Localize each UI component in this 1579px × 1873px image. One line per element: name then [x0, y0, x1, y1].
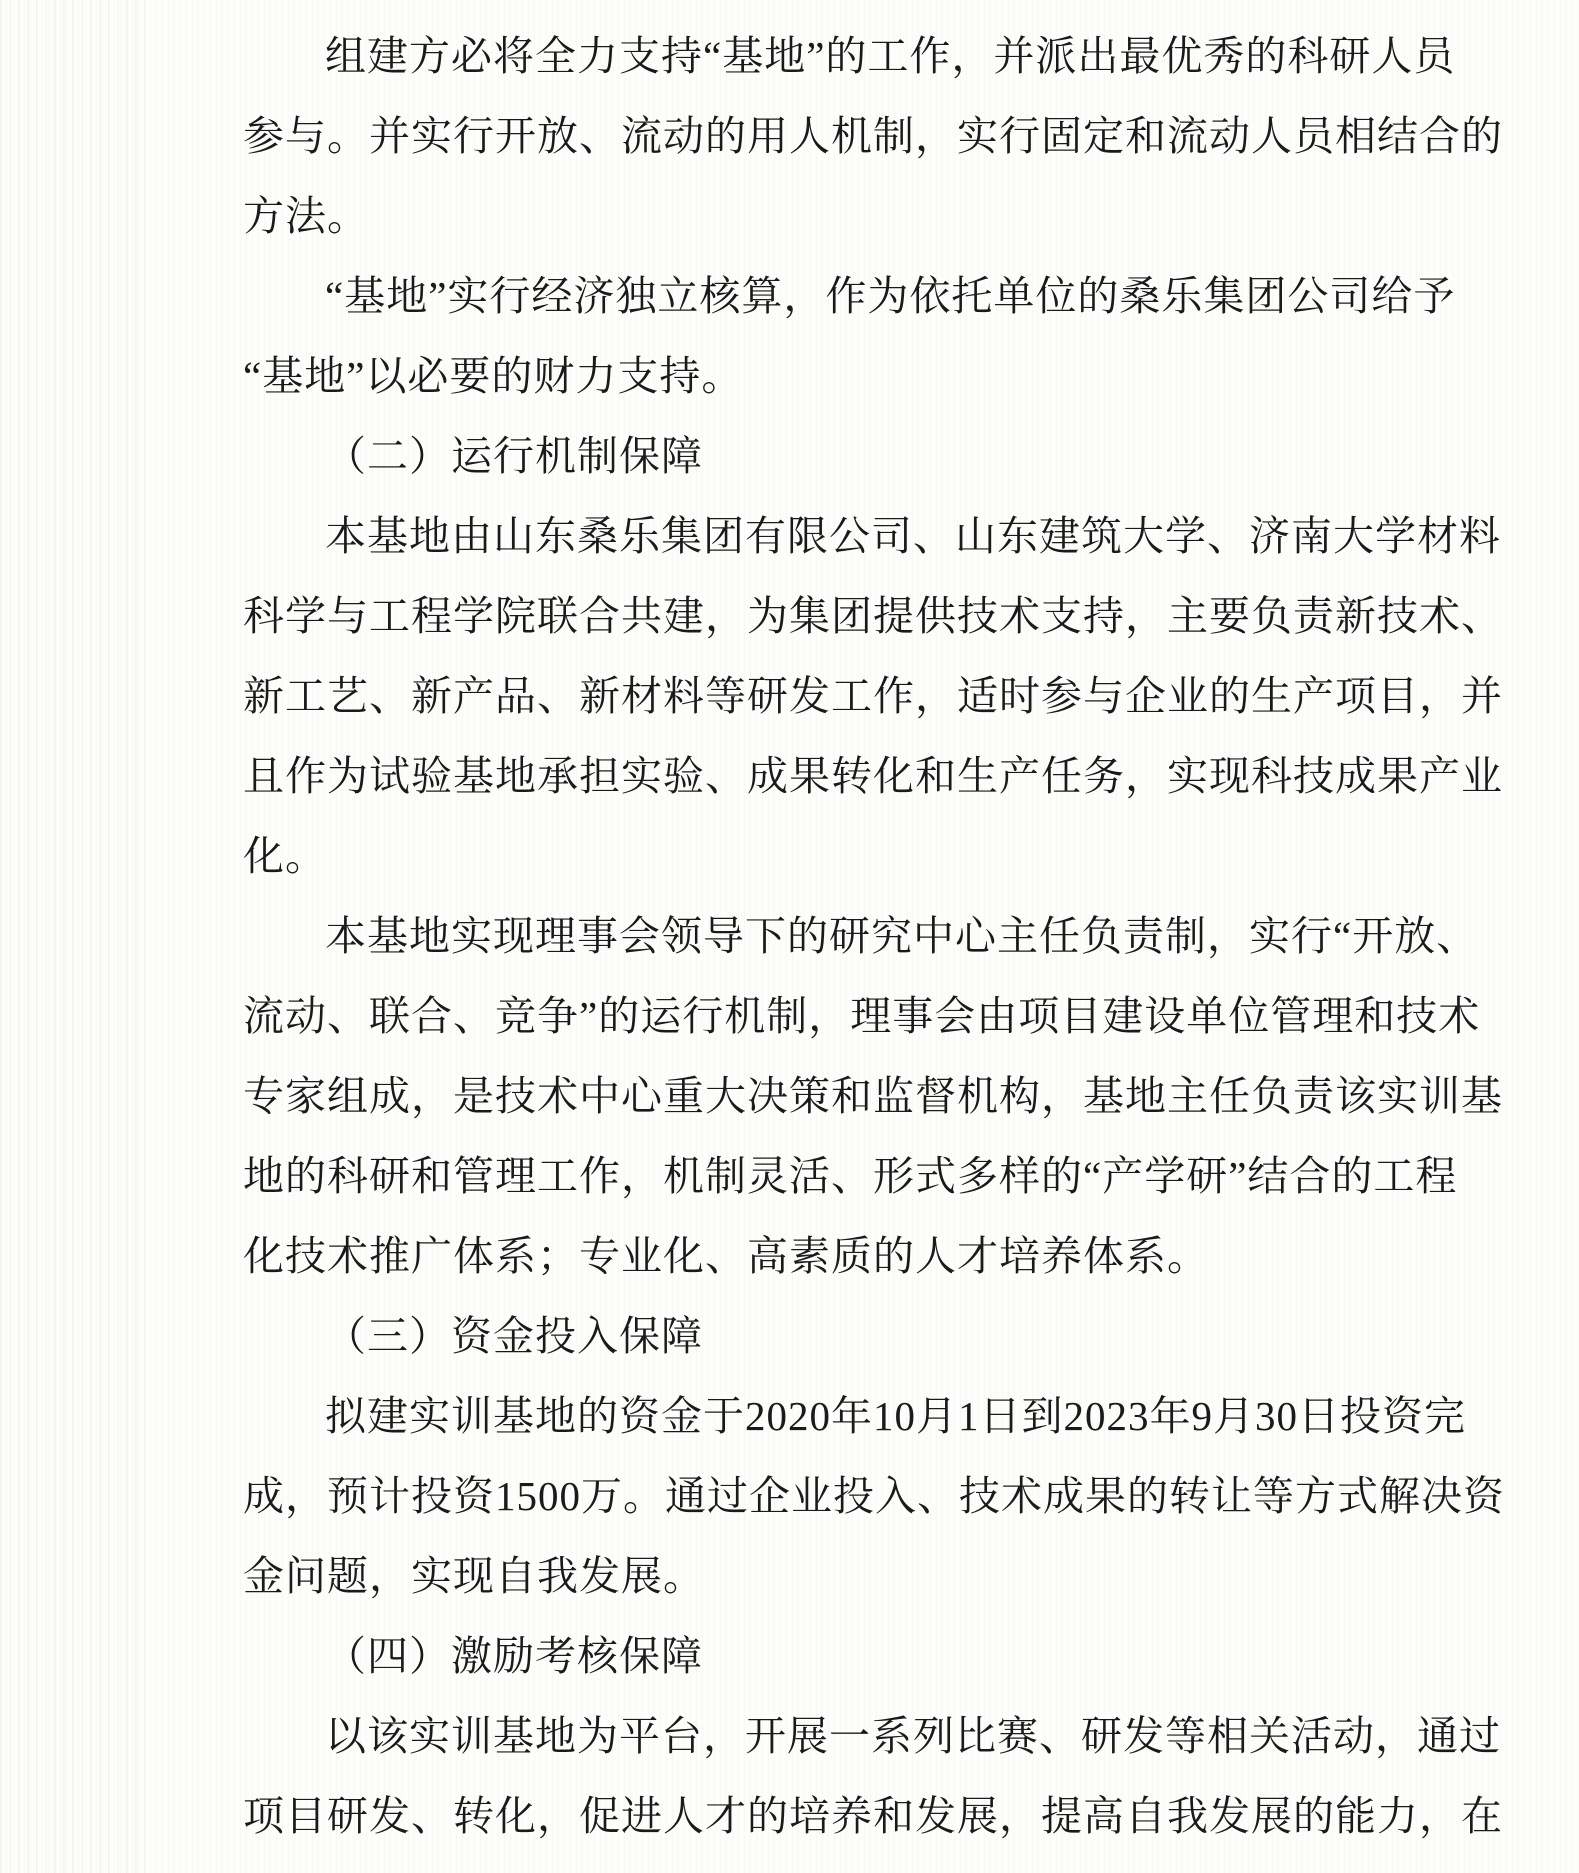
text-line: 且作为试验基地承担实验、成果转化和生产任务，实现科技成果产业: [243, 736, 1403, 816]
text-line: 方法。: [243, 176, 1403, 256]
text-line: 化。: [243, 816, 1403, 896]
section-heading: （四）激励考核保障: [243, 1616, 1403, 1696]
text-line: 参与。并实行开放、流动的用人机制，实行固定和流动人员相结合的: [243, 96, 1403, 176]
document-page: 组建方必将全力支持“基地”的工作，并派出最优秀的科研人员 参与。并实行开放、流动…: [0, 0, 1579, 1873]
text-line: 本基地由山东桑乐集团有限公司、山东建筑大学、济南大学材料: [243, 496, 1403, 576]
text-line: “基地”以必要的财力支持。: [243, 336, 1403, 416]
document-text-block: 组建方必将全力支持“基地”的工作，并派出最优秀的科研人员 参与。并实行开放、流动…: [243, 16, 1403, 1856]
section-heading: （二）运行机制保障: [243, 416, 1403, 496]
text-line: 组建方必将全力支持“基地”的工作，并派出最优秀的科研人员: [243, 16, 1403, 96]
section-heading: （三）资金投入保障: [243, 1296, 1403, 1376]
text-line: 地的科研和管理工作，机制灵活、形式多样的“产学研”结合的工程: [243, 1136, 1403, 1216]
text-line: 化技术推广体系；专业化、高素质的人才培养体系。: [243, 1216, 1403, 1296]
scan-left-edge-artifact: [0, 0, 150, 1873]
text-line: 金问题，实现自我发展。: [243, 1536, 1403, 1616]
text-line: 科学与工程学院联合共建，为集团提供技术支持，主要负责新技术、: [243, 576, 1403, 656]
text-line: 专家组成，是技术中心重大决策和监督机构，基地主任负责该实训基: [243, 1056, 1403, 1136]
text-line: 项目研发、转化，促进人才的培养和发展，提高自我发展的能力，在: [243, 1776, 1403, 1856]
text-line: 拟建实训基地的资金于2020年10月1日到2023年9月30日投资完: [243, 1376, 1403, 1456]
text-line: 流动、联合、竞争”的运行机制，理事会由项目建设单位管理和技术: [243, 976, 1403, 1056]
text-line: 以该实训基地为平台，开展一系列比赛、研发等相关活动，通过: [243, 1696, 1403, 1776]
text-line: “基地”实行经济独立核算，作为依托单位的桑乐集团公司给予: [243, 256, 1403, 336]
text-line: 新工艺、新产品、新材料等研发工作，适时参与企业的生产项目，并: [243, 656, 1403, 736]
text-line: 本基地实现理事会领导下的研究中心主任负责制，实行“开放、: [243, 896, 1403, 976]
text-line: 成，预计投资1500万。通过企业投入、技术成果的转让等方式解决资: [243, 1456, 1403, 1536]
